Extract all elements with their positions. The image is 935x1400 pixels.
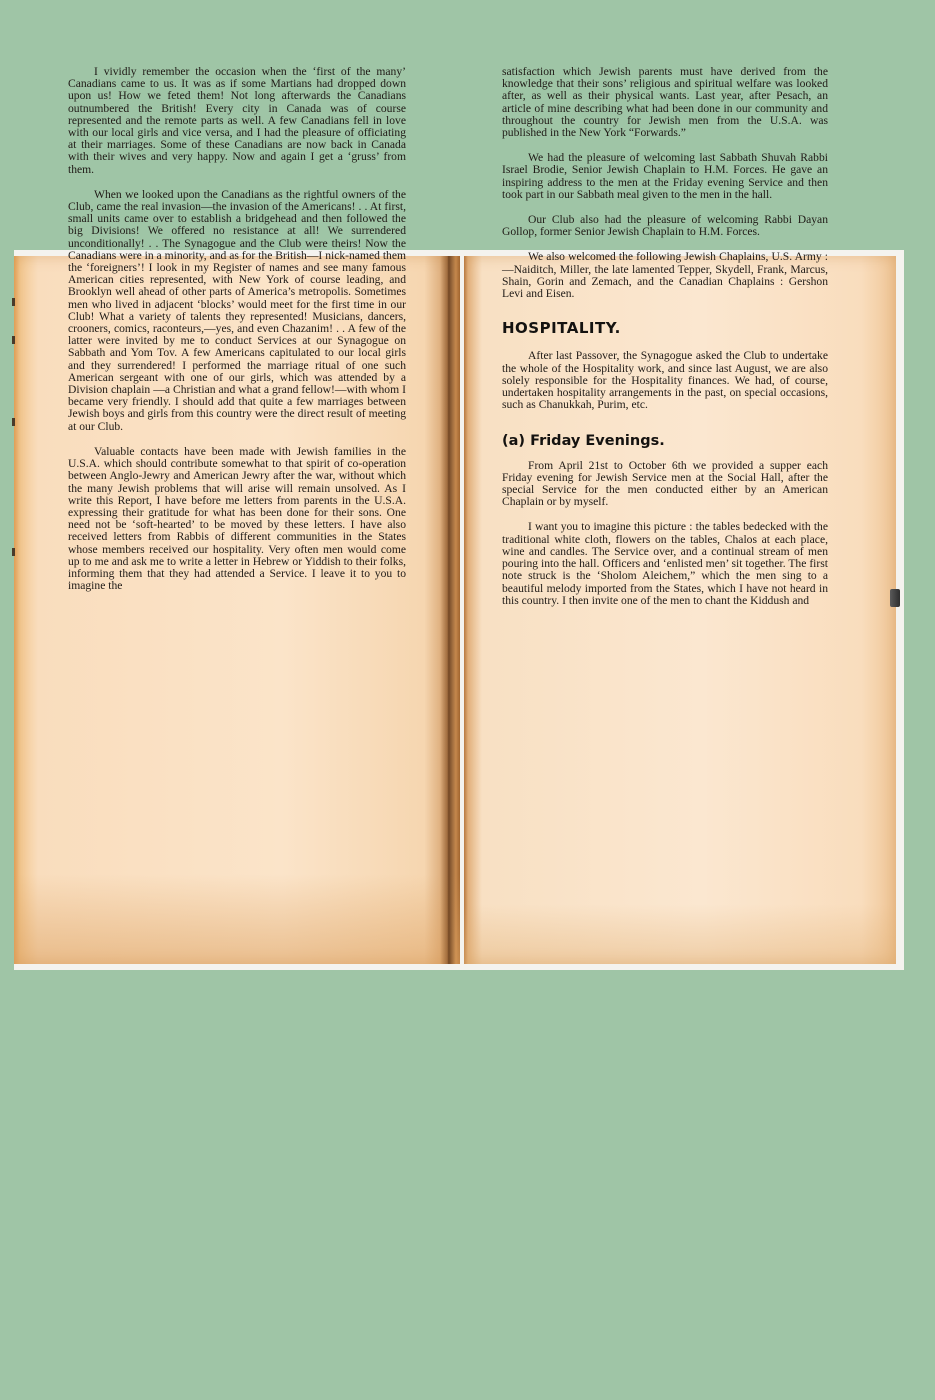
paragraph-hospitality: After last Passover, the Synagogue asked…	[502, 350, 828, 411]
booklet-spine	[440, 256, 456, 964]
paragraph-canadians: I vividly remember the occasion when the…	[68, 66, 406, 176]
right-page-text: satisfaction which Jewish parents must h…	[502, 66, 828, 607]
paragraph-picture: I want you to imagine this picture : the…	[502, 521, 828, 606]
paragraph-supper: From April 21st to October 6th we provid…	[502, 460, 828, 509]
paragraph-gollop: Our Club also had the pleasure of welcom…	[502, 214, 828, 238]
paragraph-brodie: We had the pleasure of welcoming last Sa…	[502, 152, 828, 201]
paragraph-americans: When we looked upon the Canadians as the…	[68, 189, 406, 433]
staple-holes	[12, 298, 16, 558]
paragraph-chaplains: We also welcomed the following Jewish Ch…	[502, 251, 828, 300]
heading-hospitality: HOSPITALITY.	[502, 322, 828, 334]
paragraph-continuation: satisfaction which Jewish parents must h…	[502, 66, 828, 139]
left-page-text: I vividly remember the occasion when the…	[68, 66, 406, 592]
heading-friday-evenings: (a) Friday Evenings.	[502, 435, 828, 447]
paragraph-contacts: Valuable contacts have been made with Je…	[68, 446, 406, 592]
binder-clip-icon	[890, 589, 900, 607]
